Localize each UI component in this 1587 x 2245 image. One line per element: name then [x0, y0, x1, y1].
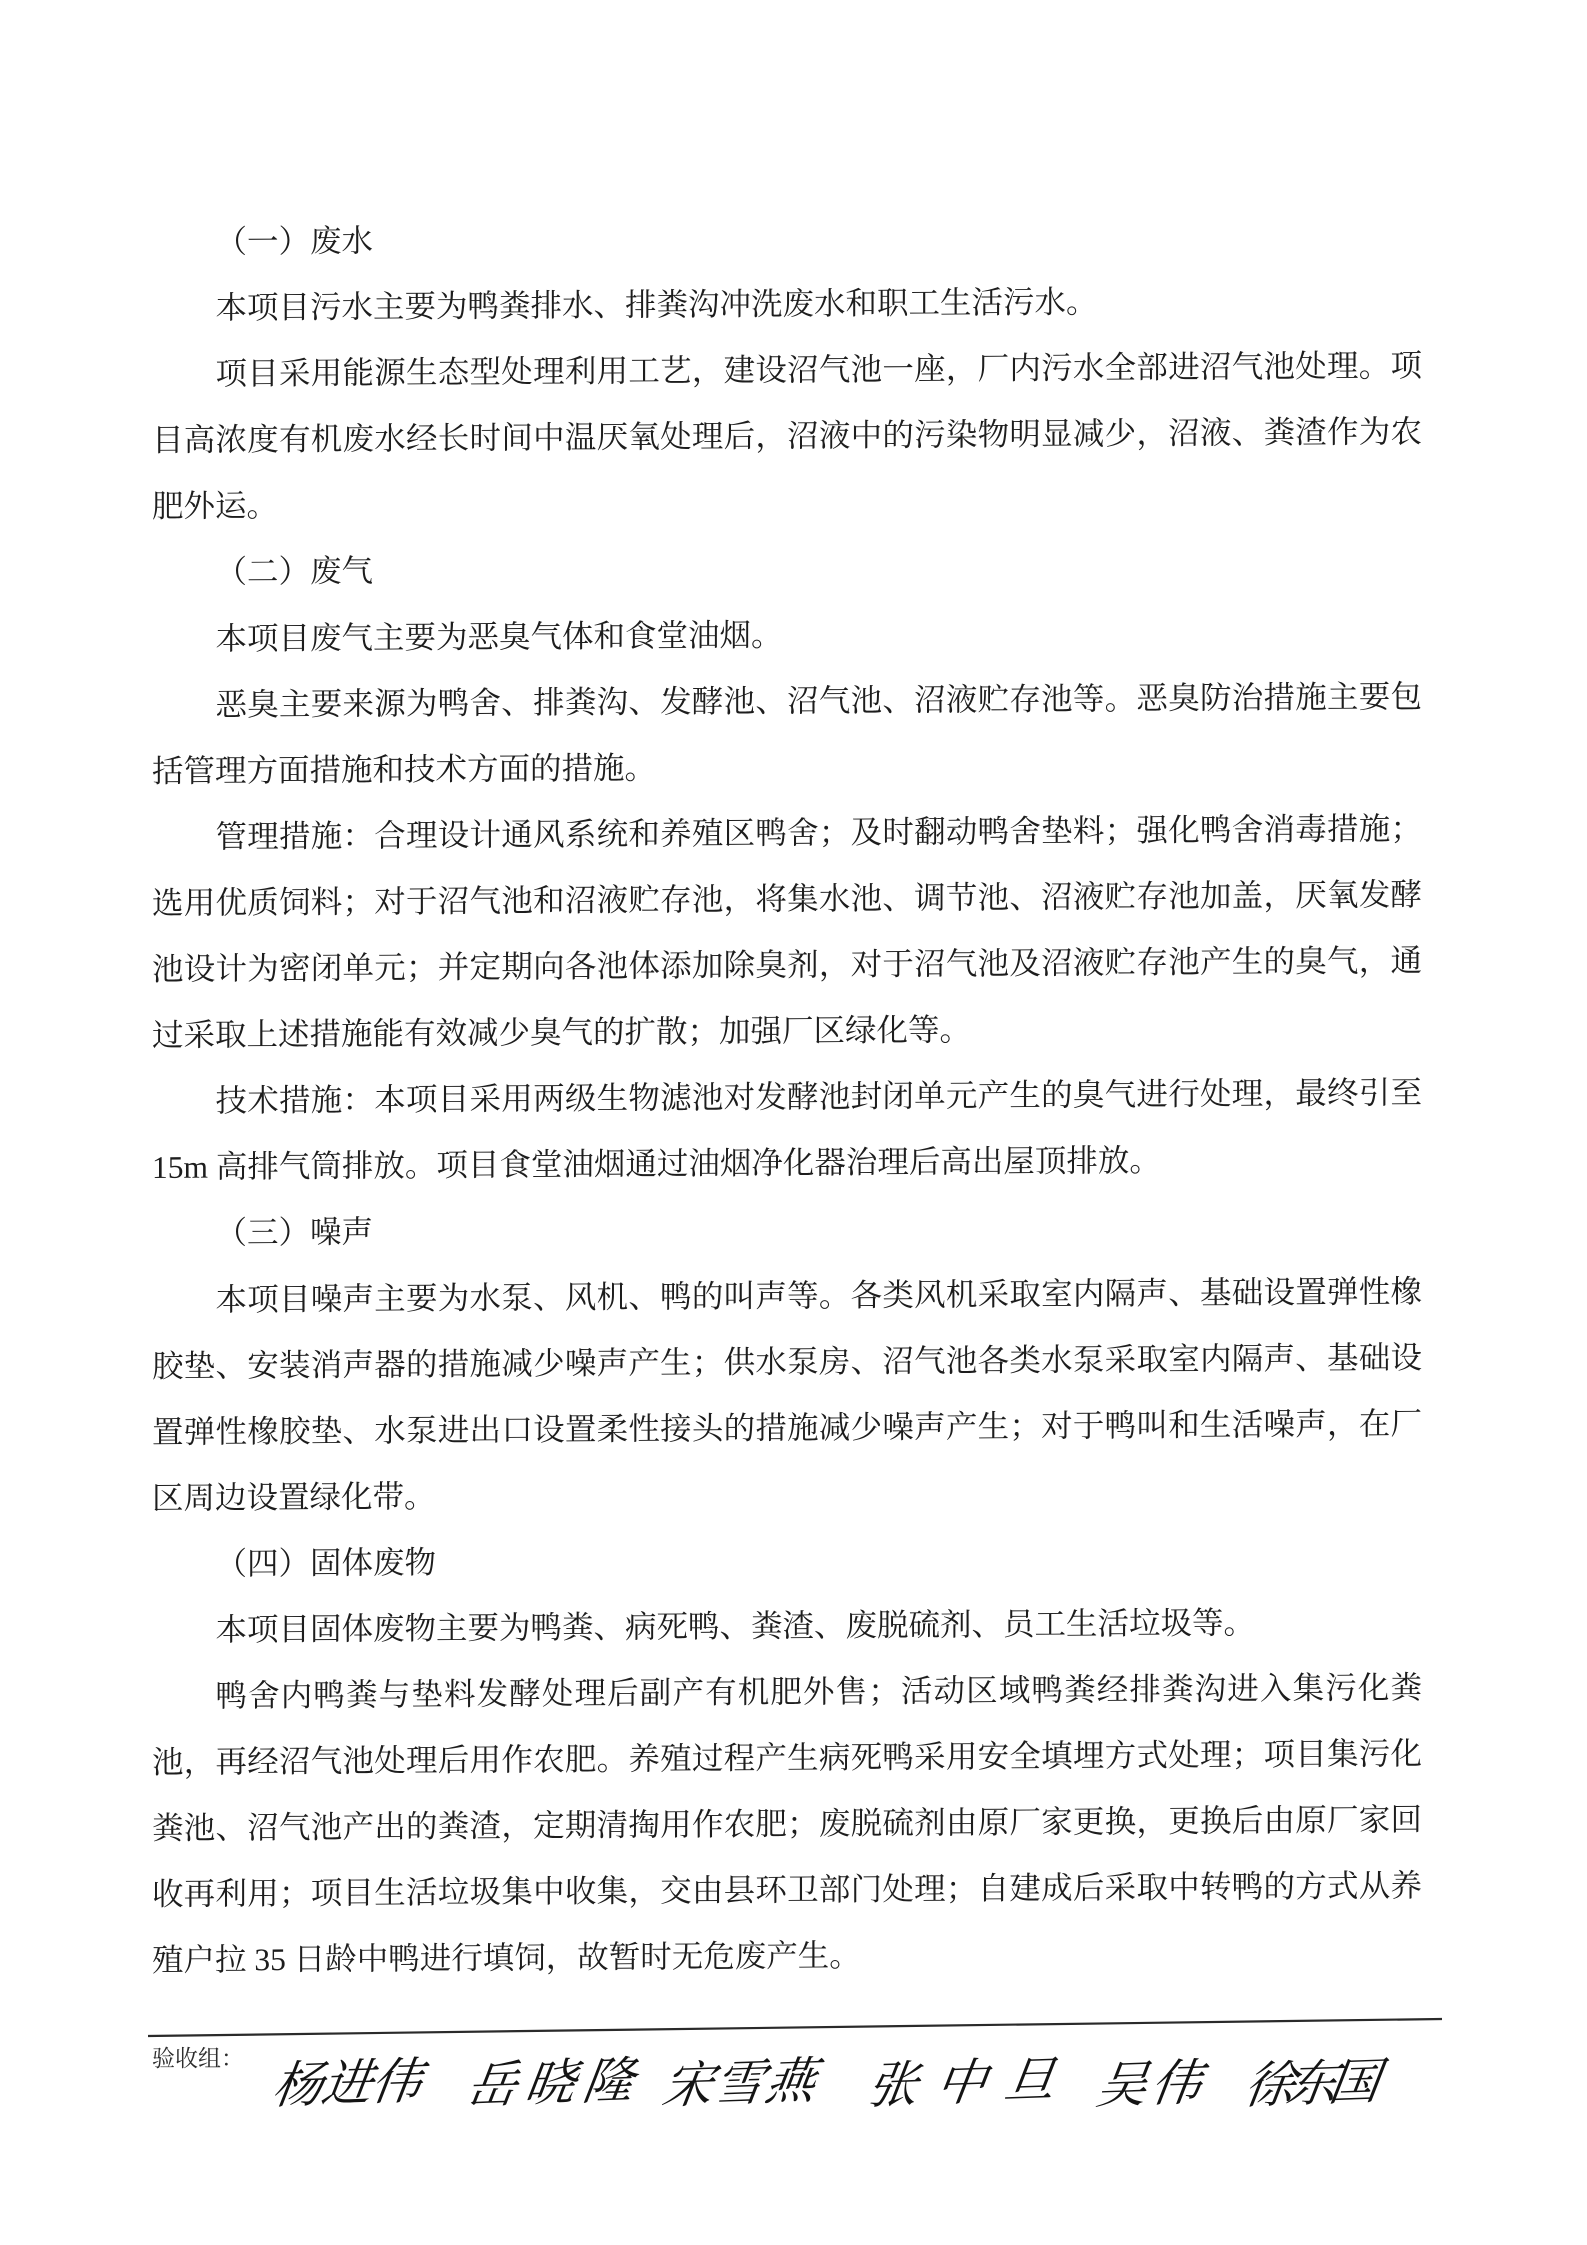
- text-line: 本项目固体废物主要为鸭粪、病死鸭、粪渣、废脱硫剂、员工生活垃圾等。: [152, 1589, 1422, 1664]
- paragraph: 本项目污水主要为鸭粪排水、排粪沟冲洗废水和职工生活污水。: [152, 267, 1422, 342]
- text-line: 本项目噪声主要为水泵、风机、鸭的叫声等。各类风机采取室内隔声、基础设置弹性橡: [152, 1259, 1422, 1334]
- section-heading: （二）废气: [152, 532, 1422, 607]
- text-line: 鸭舍内鸭粪与垫料发酵处理后副产有机肥外售；活动区域鸭粪经排粪沟进入集污化粪: [152, 1655, 1422, 1730]
- text-line: 选用优质饲料；对于沼气池和沼液贮存池，将集水池、调节池、沼液贮存池加盖，厌氧发酵: [152, 862, 1422, 937]
- section-heading: （一）废水: [152, 201, 1422, 276]
- text-line: 15m 高排气筒排放。项目食堂油烟通过油烟净化器治理后高出屋顶排放。: [152, 1126, 1422, 1201]
- text-line: 技术措施：本项目采用两级生物滤池对发酵池封闭单元产生的臭气进行处理，最终引至: [152, 1060, 1422, 1135]
- signature: 杨进伟: [267, 2039, 427, 2128]
- text-line: 收再利用；项目生活垃圾集中收集，交由县环卫部门处理；自建成后采取中转鸭的方式从养: [152, 1853, 1422, 1928]
- signature: 吴伟: [1091, 2040, 1211, 2128]
- signature: 岳晓隆: [461, 2038, 648, 2128]
- paragraph: 本项目固体废物主要为鸭粪、病死鸭、粪渣、废脱硫剂、员工生活垃圾等。: [152, 1589, 1422, 1664]
- section-solid-waste: （四）固体废物 本项目固体废物主要为鸭粪、病死鸭、粪渣、废脱硫剂、员工生活垃圾等…: [152, 1523, 1422, 1995]
- text-line: 项目采用能源生态型处理利用工艺，建设沼气池一座，厂内污水全部进沼气池处理。项: [152, 333, 1422, 408]
- text-line: 池设计为密闭单元；并定期向各池体添加除臭剂，对于沼气池及沼液贮存池产生的臭气，通: [152, 928, 1422, 1003]
- paragraph: 项目采用能源生态型处理利用工艺，建设沼气池一座，厂内污水全部进沼气池处理。项 目…: [152, 333, 1422, 540]
- text-line: 池，再经沼气池处理后用作农肥。养殖过程产生病死鸭采用安全填埋方式处理；项目集污化: [152, 1721, 1422, 1796]
- text-line: 过采取上述措施能有效减少臭气的扩散；加强厂区绿化等。: [152, 994, 1422, 1069]
- signature: 宋雪燕: [657, 2039, 823, 2128]
- document-body: （一）废水 本项目污水主要为鸭粪排水、排粪沟冲洗废水和职工生活污水。 项目采用能…: [152, 201, 1422, 1994]
- text-line: 殖户拉 35 日龄中鸭进行填饲，故暂时无危废产生。: [152, 1920, 1422, 1995]
- text-line: 目高浓度有机废水经长时间中温厌氧处理后，沼液中的污染物明显减少，沼液、粪渣作为农: [152, 399, 1422, 474]
- text-line: 胶垫、安装消声器的措施减少噪声产生；供水泵房、沼气池各类水泵采取室内隔声、基础设: [152, 1325, 1422, 1400]
- text-line: 置弹性橡胶垫、水泵进出口设置柔性接头的措施减少噪声产生；对于鸭叫和生活噪声，在厂: [152, 1391, 1422, 1466]
- paragraph: 本项目废气主要为恶臭气体和食堂油烟。: [152, 598, 1422, 673]
- section-exhaust-gas: （二）废气 本项目废气主要为恶臭气体和食堂油烟。 恶臭主要来源为鸭舍、排粪沟、发…: [152, 532, 1422, 1202]
- document-page: （一）废水 本项目污水主要为鸭粪排水、排粪沟冲洗废水和职工生活污水。 项目采用能…: [0, 0, 1587, 2245]
- paragraph: 恶臭主要来源为鸭舍、排粪沟、发酵池、沼气池、沼液贮存池等。恶臭防治措施主要包 括…: [152, 664, 1422, 805]
- text-line: 粪池、沼气池产出的粪渣，定期清掏用作农肥；废脱硫剂由原厂家更换，更换后由原厂家回: [152, 1787, 1422, 1862]
- paragraph: 技术措施：本项目采用两级生物滤池对发酵池封闭单元产生的臭气进行处理，最终引至 1…: [152, 1060, 1422, 1201]
- section-heading: （三）噪声: [152, 1193, 1422, 1268]
- section-heading: （四）固体废物: [152, 1523, 1422, 1598]
- text-line: 括管理方面措施和技术方面的措施。: [152, 730, 1422, 805]
- text-line: 本项目废气主要为恶臭气体和食堂油烟。: [152, 598, 1422, 673]
- text-line: 恶臭主要来源为鸭舍、排粪沟、发酵池、沼气池、沼液贮存池等。恶臭防治措施主要包: [152, 664, 1422, 739]
- acceptance-group-label: 验收组：: [152, 2043, 244, 2075]
- text-line: 区周边设置绿化带。: [152, 1457, 1422, 1532]
- paragraph: 鸭舍内鸭粪与垫料发酵处理后副产有机肥外售；活动区域鸭粪经排粪沟进入集污化粪 池，…: [152, 1655, 1422, 1994]
- text-line: 肥外运。: [152, 466, 1422, 541]
- paragraph: 本项目噪声主要为水泵、风机、鸭的叫声等。各类风机采取室内隔声、基础设置弹性橡 胶…: [152, 1259, 1422, 1532]
- text-line: 管理措施：合理设计通风系统和养殖区鸭舍；及时翻动鸭舍垫料；强化鸭舍消毒措施；: [152, 796, 1422, 871]
- section-noise: （三）噪声 本项目噪声主要为水泵、风机、鸭的叫声等。各类风机采取室内隔声、基础设…: [152, 1193, 1422, 1532]
- signature: 徐东国: [1239, 2040, 1378, 2128]
- paragraph: 管理措施：合理设计通风系统和养殖区鸭舍；及时翻动鸭舍垫料；强化鸭舍消毒措施； 选…: [152, 796, 1422, 1069]
- signature: 张中旦: [862, 2037, 1079, 2128]
- text-line: 本项目污水主要为鸭粪排水、排粪沟冲洗废水和职工生活污水。: [152, 267, 1422, 342]
- section-wastewater: （一）废水 本项目污水主要为鸭粪排水、排粪沟冲洗废水和职工生活污水。 项目采用能…: [152, 201, 1422, 540]
